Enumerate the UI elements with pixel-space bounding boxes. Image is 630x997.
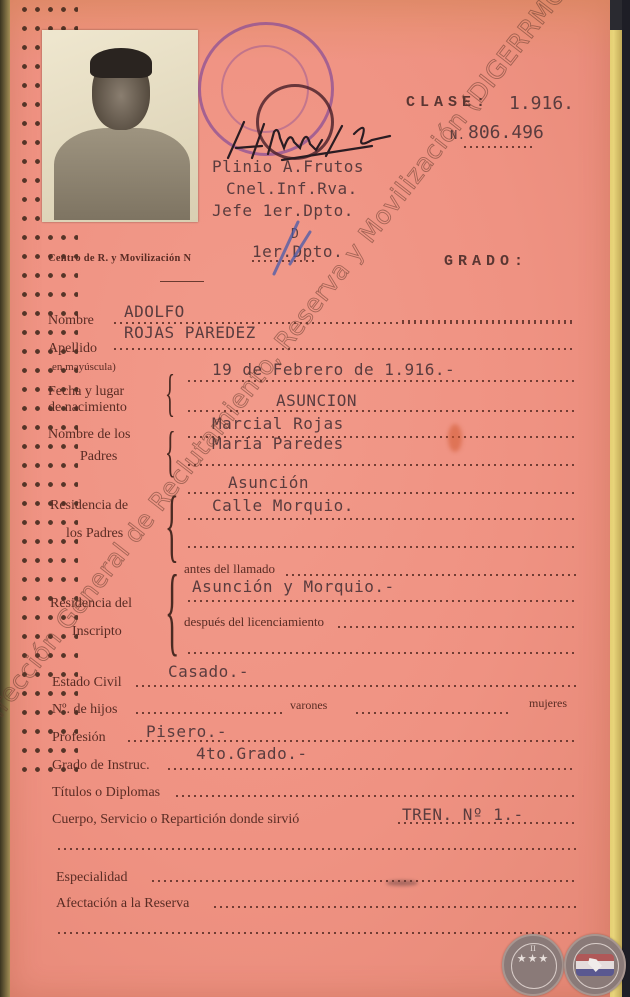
background-right bbox=[622, 0, 630, 997]
res-padres-line-2[interactable]: Calle Morquio. bbox=[212, 496, 354, 515]
centro-label: Centro de R. y Movilización N bbox=[48, 252, 191, 264]
profesion-value[interactable]: Pisero.- bbox=[146, 722, 227, 741]
ministry-seal[interactable]: II ★★★ bbox=[502, 934, 564, 996]
estado-civil-label: Estado Civil bbox=[52, 675, 122, 691]
stars-icon: ★★★ bbox=[504, 952, 562, 965]
fecha-lugar-label-1: Fecha y lugar bbox=[48, 384, 124, 400]
apellido-label: Apellido bbox=[48, 341, 97, 357]
nombre-value[interactable]: ADOLFO bbox=[124, 302, 185, 321]
antes-value[interactable]: Asunción y Morquio.- bbox=[192, 577, 395, 596]
varones-label: varones bbox=[290, 698, 327, 713]
number-value: 806.496 bbox=[468, 122, 544, 143]
afectacion-label: Afectación a la Reserva bbox=[56, 896, 189, 912]
grado-instruccion-label: Grado de Instruc. bbox=[52, 758, 150, 774]
grado-instruccion-value[interactable]: 4to.Grado.- bbox=[196, 744, 307, 763]
paraguay-seal[interactable] bbox=[564, 934, 626, 996]
antes-label: antes del llamado bbox=[184, 561, 275, 577]
hijos-label: Nº. de hijos bbox=[52, 702, 117, 718]
stain bbox=[448, 424, 462, 452]
signatory-name: Plinio A.Frutos bbox=[212, 157, 364, 176]
lugar-nacimiento-value[interactable]: ASUNCION bbox=[276, 391, 357, 410]
apellido-sublabel: en mayúscula) bbox=[52, 361, 116, 373]
res-padres-label-1: Residencia de bbox=[50, 498, 128, 514]
madre-value[interactable]: Maria Paredes bbox=[212, 434, 344, 453]
signatory-rank: Cnel.Inf.Rva. bbox=[226, 179, 358, 198]
padres-label-1: Nombre de los bbox=[48, 427, 130, 443]
despues-label: después del licenciamiento bbox=[184, 614, 324, 630]
padres-label-2: Padres bbox=[80, 449, 117, 465]
blue-ink-mark bbox=[272, 218, 312, 278]
portrait-photo bbox=[42, 30, 198, 222]
especialidad-label: Especialidad bbox=[56, 870, 128, 886]
signature bbox=[222, 118, 392, 162]
nombre-label: Nombre bbox=[48, 313, 94, 329]
profesion-label: Profesión bbox=[52, 730, 106, 746]
cuerpo-label: Cuerpo, Servicio o Repartición donde sir… bbox=[52, 812, 299, 828]
photo-body bbox=[54, 128, 190, 220]
mujeres-label: mujeres bbox=[529, 696, 567, 711]
titulos-label: Títulos o Diplomas bbox=[52, 785, 160, 801]
grado-label: GRADO: bbox=[444, 253, 528, 270]
photo-hair bbox=[90, 48, 152, 78]
estado-civil-value[interactable]: Casado.- bbox=[168, 662, 249, 681]
fecha-lugar-label-2: de nacimiento bbox=[48, 400, 127, 416]
apellido-value[interactable]: ROJAS PAREDEZ bbox=[124, 323, 256, 342]
clase-value: 1.916. bbox=[509, 93, 574, 114]
res-padres-line-1[interactable]: Asunción bbox=[228, 473, 309, 492]
